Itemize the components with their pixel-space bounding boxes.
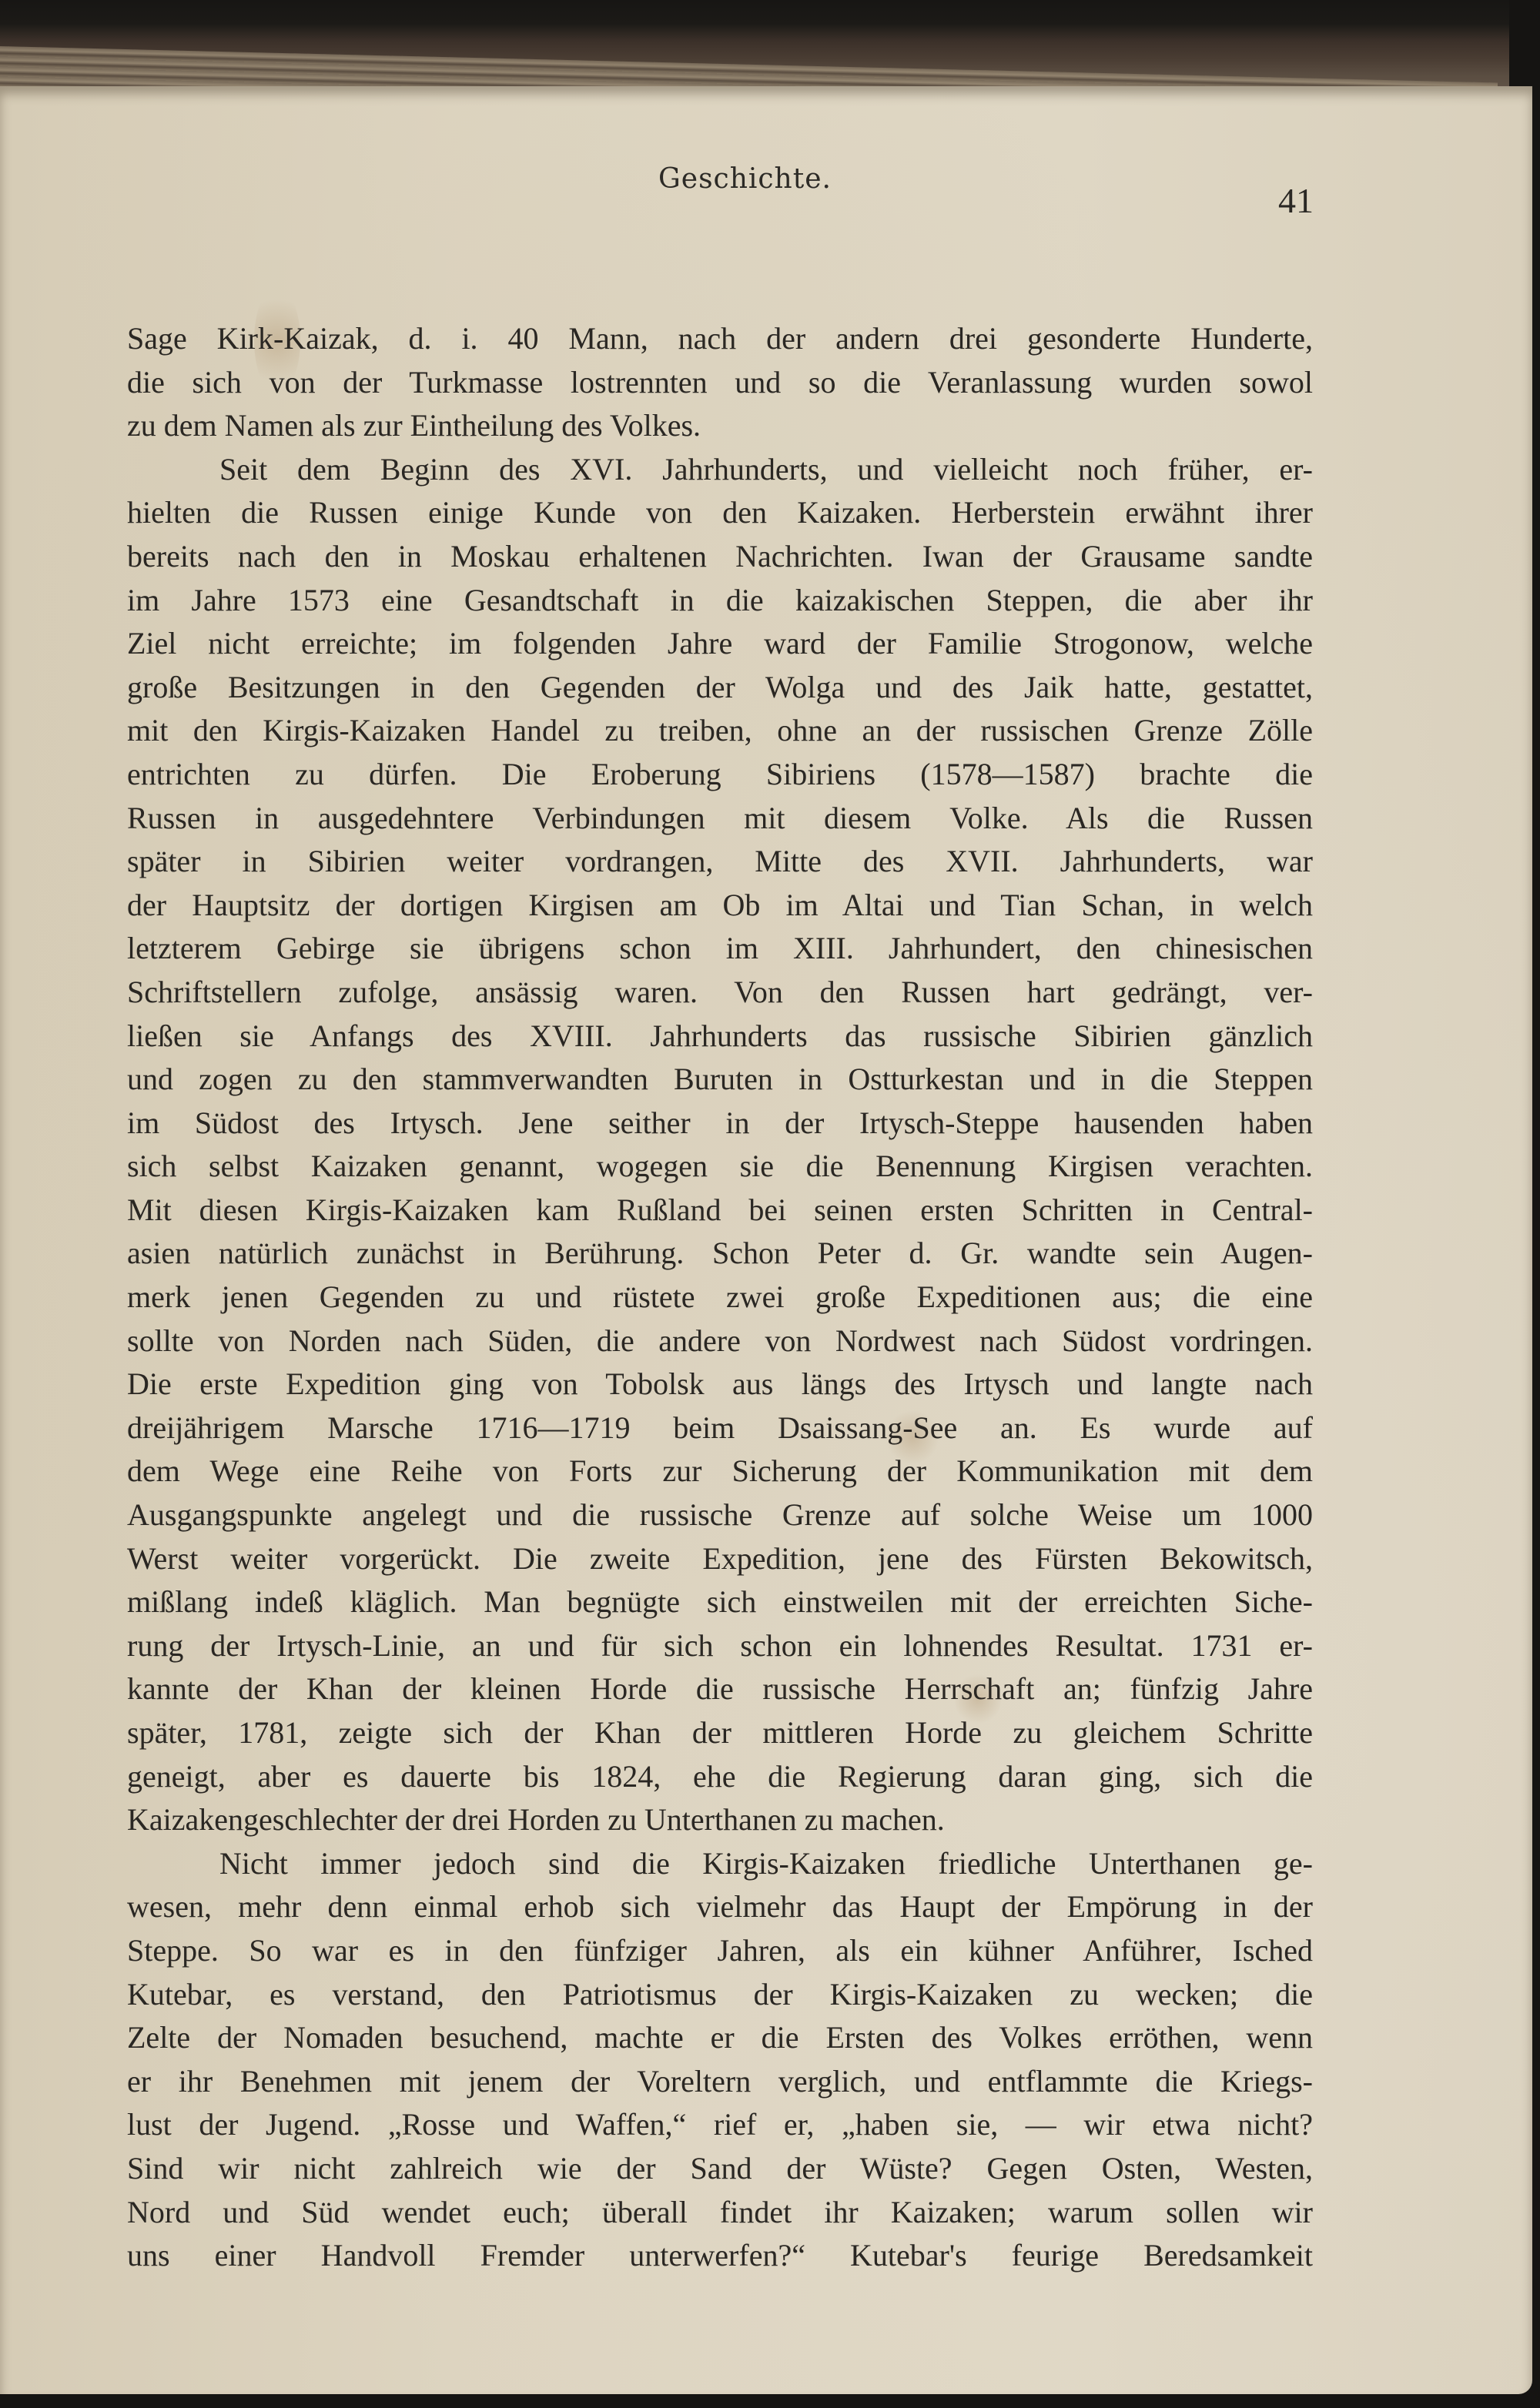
text-line: zu dem Namen als zur Eintheilung des Vol…	[127, 404, 1313, 448]
text-line: kannte der Khan der kleinen Horde die ru…	[127, 1667, 1313, 1711]
text-line: Steppe. So war es in den fünfziger Jahre…	[127, 1929, 1313, 1973]
text-line: Ausgangspunkte angelegt und die russisch…	[127, 1493, 1313, 1537]
text-line: Seit dem Beginn des XVI. Jahrhunderts, u…	[127, 448, 1313, 492]
text-line: dreijährigem Marsche 1716—1719 beim Dsai…	[127, 1406, 1313, 1450]
text-line: sich selbst Kaizaken genannt, wogegen si…	[127, 1145, 1313, 1189]
text-line: Sind wir nicht zahlreich wie der Sand de…	[127, 2147, 1313, 2191]
text-line: und zogen zu den stammverwandten Buruten…	[127, 1058, 1313, 1102]
text-line: große Besitzungen in den Gegenden der Wo…	[127, 666, 1313, 710]
text-line: wesen, mehr denn einmal erhob sich vielm…	[127, 1885, 1313, 1929]
text-line: hielten die Russen einige Kunde von den …	[127, 491, 1313, 535]
text-line: Ziel nicht erreichte; im folgenden Jahre…	[127, 622, 1313, 666]
text-line: dem Wege eine Reihe von Forts zur Sicher…	[127, 1450, 1313, 1493]
text-line: mißlang indeß kläglich. Man begnügte sic…	[127, 1580, 1313, 1624]
text-line: lust der Jugend. „Rosse und Waffen,“ rie…	[127, 2103, 1313, 2147]
text-line: Mit diesen Kirgis-Kaizaken kam Rußland b…	[127, 1189, 1313, 1232]
text-line: Zelte der Nomaden besuchend, machte er d…	[127, 2016, 1313, 2060]
text-line: später in Sibirien weiter vordrangen, Mi…	[127, 840, 1313, 884]
text-line: uns einer Handvoll Fremder unterwerfen?“…	[127, 2234, 1313, 2278]
body-text: Sage Kirk-Kaizak, d. i. 40 Mann, nach de…	[127, 317, 1313, 2278]
text-line: merk jenen Gegenden zu und rüstete zwei …	[127, 1276, 1313, 1319]
text-line: er ihr Benehmen mit jenem der Voreltern …	[127, 2060, 1313, 2104]
text-line: rung der Irtysch-Linie, an und für sich …	[127, 1624, 1313, 1668]
text-line: später, 1781, zeigte sich der Khan der m…	[127, 1711, 1313, 1755]
text-line: Sage Kirk-Kaizak, d. i. 40 Mann, nach de…	[127, 317, 1313, 361]
text-line: bereits nach den in Moskau erhaltenen Na…	[127, 535, 1313, 579]
book-page: Geschichte. 41 Sage Kirk-Kaizak, d. i. 4…	[0, 86, 1532, 2394]
text-line: Nord und Süd wendet euch; überall findet…	[127, 2191, 1313, 2235]
text-line: asien natürlich zunächst in Berührung. S…	[127, 1232, 1313, 1276]
text-line: Kutebar, es verstand, den Patriotismus d…	[127, 1973, 1313, 2017]
text-line: Nicht immer jedoch sind die Kirgis-Kaiza…	[127, 1842, 1313, 1886]
text-line: Kaizakengeschlechter der drei Horden zu …	[127, 1798, 1313, 1842]
text-line: entrichten zu dürfen. Die Eroberung Sibi…	[127, 753, 1313, 797]
text-line: mit den Kirgis-Kaizaken Handel zu treibe…	[127, 709, 1313, 753]
text-line: im Südost des Irtysch. Jene seither in d…	[127, 1102, 1313, 1145]
text-line: ließen sie Anfangs des XVIII. Jahrhunder…	[127, 1015, 1313, 1059]
text-line: Die erste Expedition ging von Tobolsk au…	[127, 1363, 1313, 1406]
text-line: die sich von der Turkmasse lostrennten u…	[127, 361, 1313, 405]
text-line: geneigt, aber es dauerte bis 1824, ehe d…	[127, 1755, 1313, 1799]
running-head: Geschichte.	[658, 163, 832, 195]
text-line: der Hauptsitz der dortigen Kirgisen am O…	[127, 884, 1313, 928]
text-line: Schriftstellern zufolge, ansässig waren.…	[127, 971, 1313, 1015]
text-line: im Jahre 1573 eine Gesandtschaft in die …	[127, 579, 1313, 623]
text-line: sollte von Norden nach Süden, die andere…	[127, 1319, 1313, 1363]
text-line: Russen in ausgedehntere Verbindungen mit…	[127, 797, 1313, 841]
text-line: letzterem Gebirge sie übrigens schon im …	[127, 927, 1313, 971]
page-number: 41	[1278, 180, 1314, 221]
text-line: Werst weiter vorgerückt. Die zweite Expe…	[127, 1537, 1313, 1581]
